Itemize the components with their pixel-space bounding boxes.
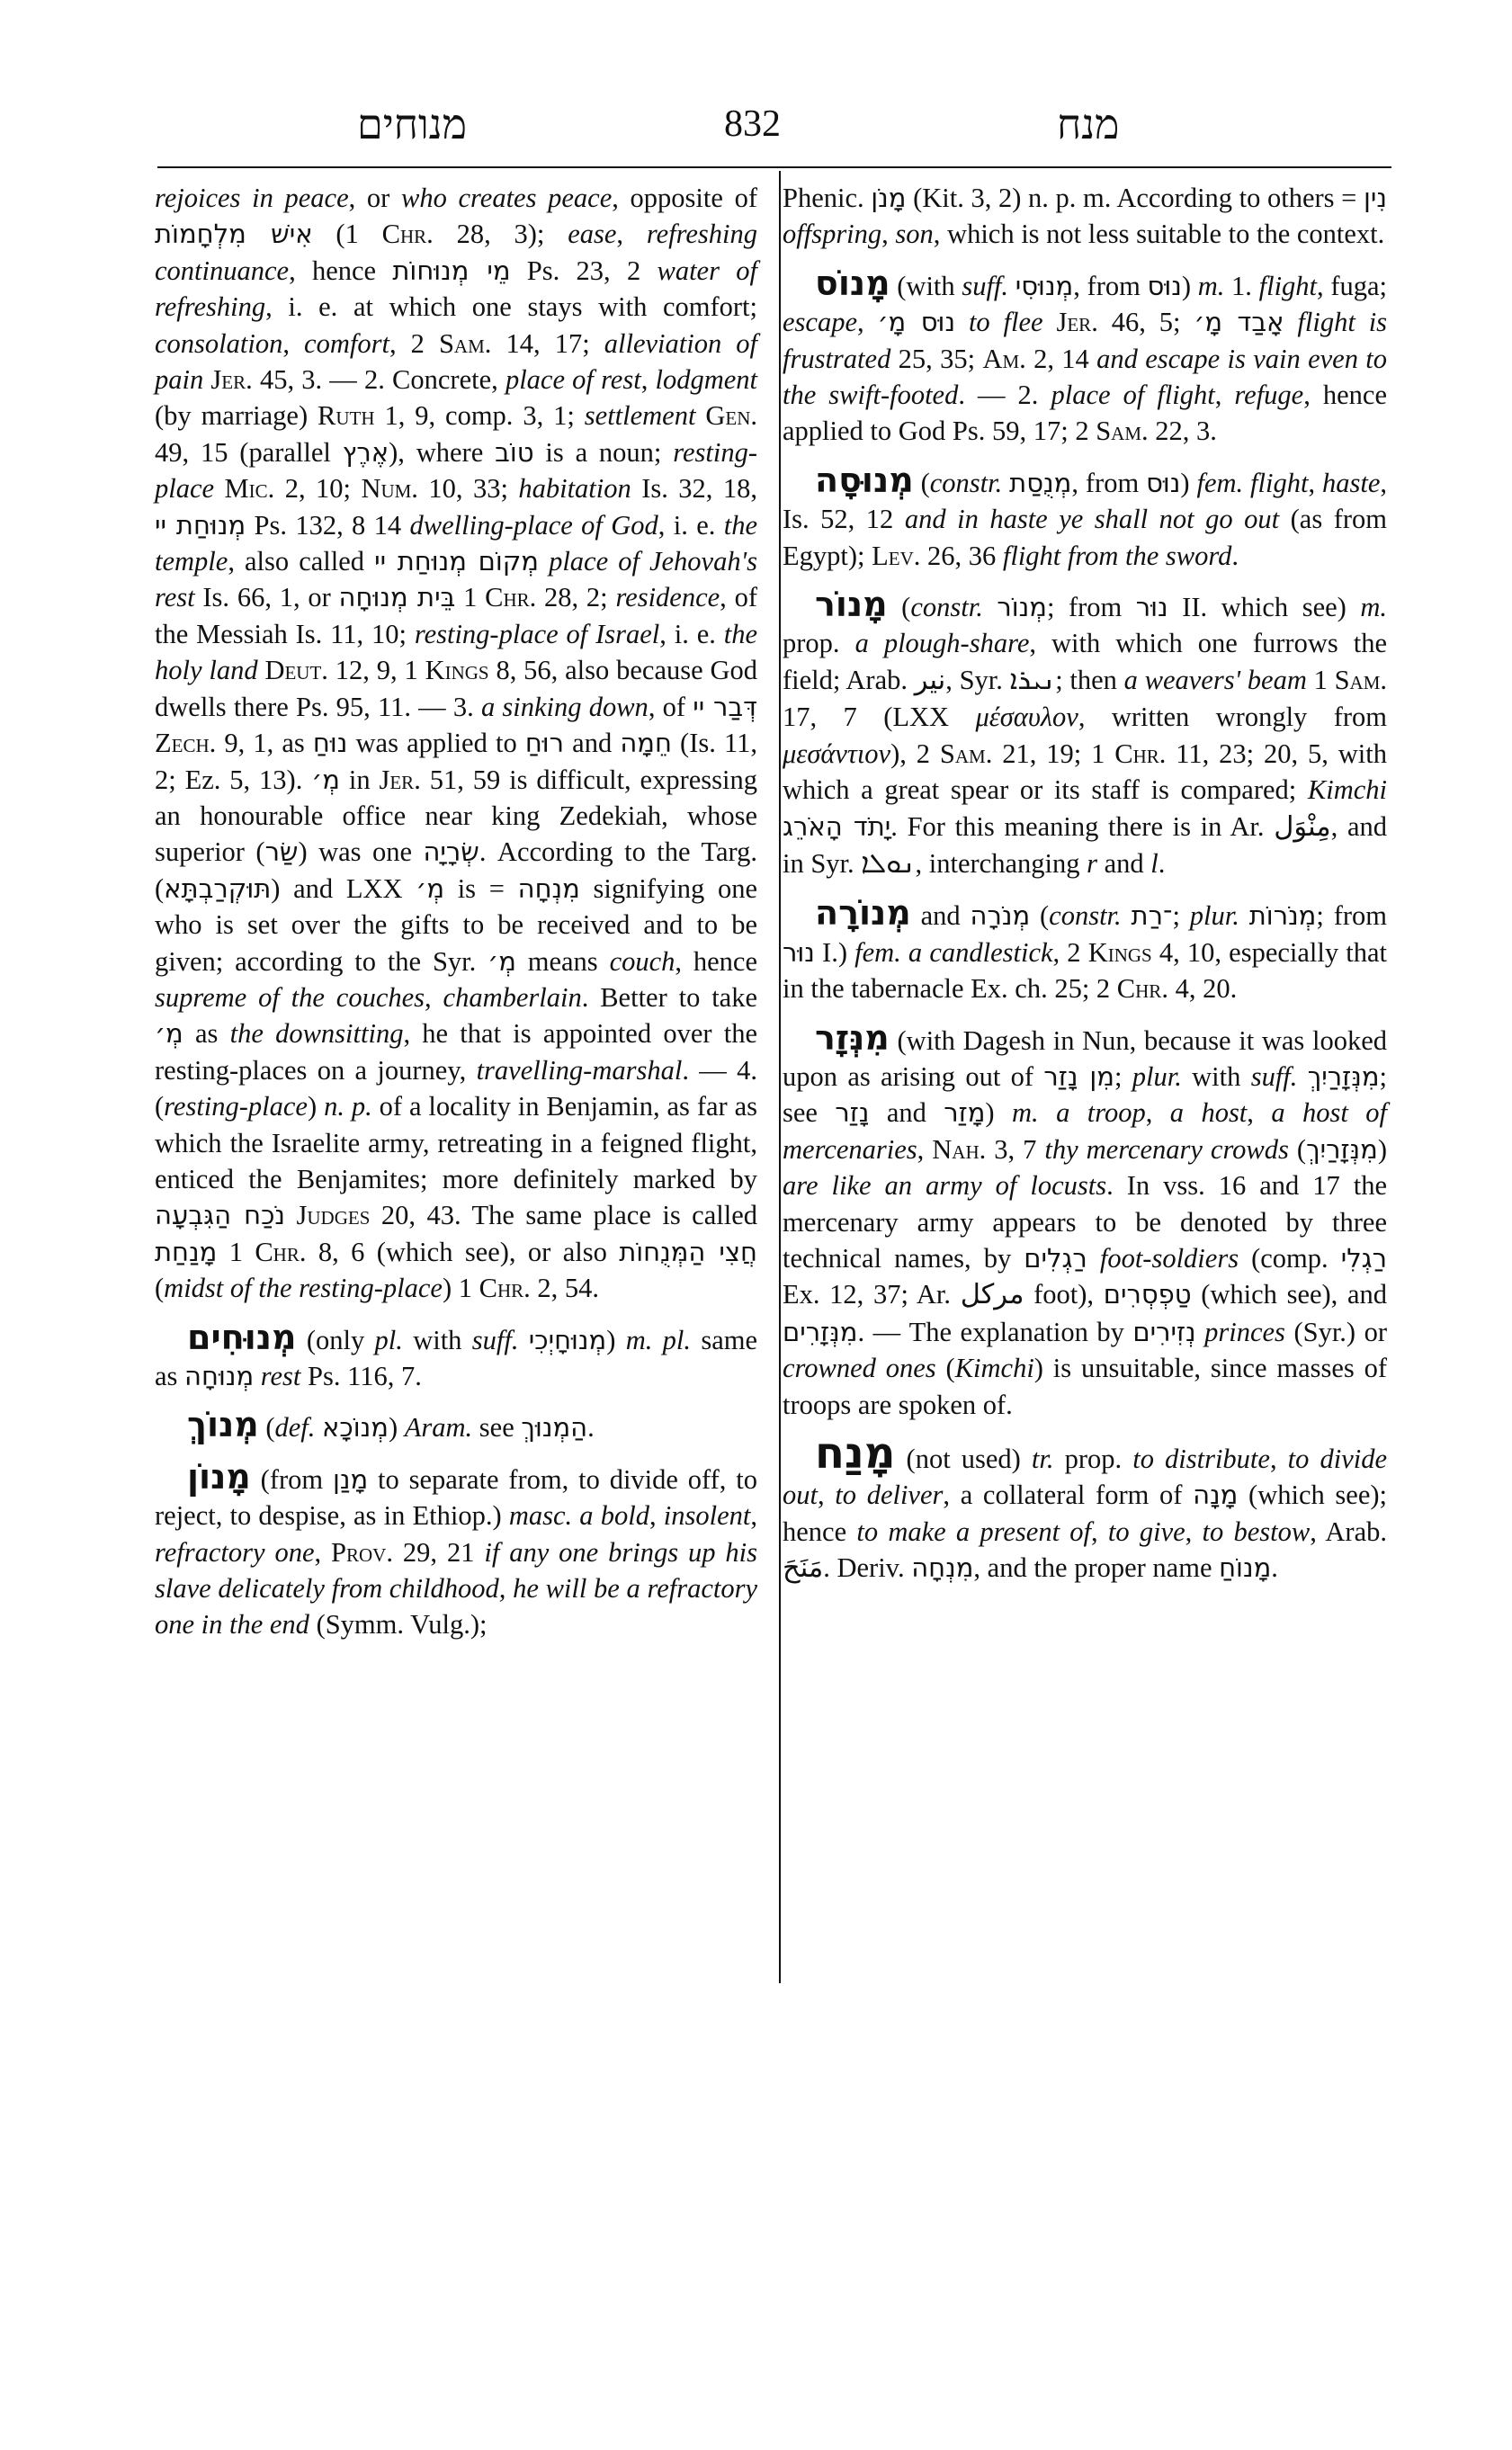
text-run: , (857, 307, 878, 337)
text-run: ), 2 (890, 738, 940, 769)
text-run: to bestow (1203, 1516, 1311, 1547)
text-run: (Symm. Vulg.); (309, 1609, 488, 1640)
text-run: Chr. (382, 219, 434, 249)
text-run: ( (1030, 900, 1049, 931)
text-run: constr. (1049, 900, 1122, 931)
text-run: 12, 9, 1 (328, 655, 425, 685)
text-run: as (183, 1018, 230, 1049)
text-run: ; from (1316, 900, 1387, 931)
text-run: haste (1322, 468, 1380, 498)
text-run: ) (308, 1091, 324, 1122)
text-run: , i. e. (659, 619, 723, 649)
text-run: residence (615, 582, 720, 612)
entry-continuation: Phenic. מָנֹן (Kit. 3, 2) n. p. m. Accor… (783, 180, 1387, 253)
text-run: , of (649, 692, 693, 722)
text-run: offspring (783, 219, 881, 249)
text-run: אֶרֶץ (343, 437, 389, 468)
text-run: pl. (375, 1325, 403, 1355)
text-run: a sinking down (481, 692, 649, 722)
text-run: מְ׳ (488, 946, 516, 977)
text-run: מְקוֹם מְנוּחַת יי (374, 546, 539, 577)
text-run (1297, 1061, 1307, 1092)
text-run: m. (1360, 592, 1387, 622)
entry-headword: מְנוֹךְ (187, 1405, 259, 1444)
text-run: 9, 1, as (216, 728, 313, 758)
text-run: ) and LXX (271, 873, 416, 904)
text-run: 1 (455, 582, 485, 612)
text-run: masc. a bold (509, 1500, 649, 1531)
text-run: , (649, 1500, 664, 1531)
text-run: מְנֻסַת (1009, 468, 1071, 498)
text-run: 14, 17; (491, 328, 604, 359)
text-run: and (869, 1097, 944, 1128)
dictionary-entry: מָנוֹן (from מָנַן to separate from, to … (155, 1459, 757, 1643)
text-run: ) (1180, 468, 1196, 498)
text-run: 1. (1224, 271, 1258, 301)
text-run: 1, 9, comp. 3, 1; (375, 400, 585, 431)
text-run: מָזַר (944, 1097, 985, 1128)
text-run: escape (783, 307, 857, 337)
text-run: (only (297, 1325, 375, 1355)
dictionary-entry: מְנוֹרָה and מְנֹרָה (constr. ־רַת; plur… (783, 895, 1387, 1006)
text-run: with (403, 1325, 472, 1355)
text-run: נִין (1364, 183, 1387, 213)
text-run: ) (1182, 271, 1198, 301)
text-run: Kimchi (955, 1353, 1034, 1383)
text-run (315, 1412, 322, 1443)
entry-headword: מָנַח (815, 1428, 895, 1479)
text-run: . For this meaning there is in Ar. (890, 811, 1274, 842)
text-run: , or (349, 183, 401, 213)
entry-headword: מָנוֹן (187, 1457, 251, 1497)
text-run: חֲצִי הַמְּנֻחוֹת (619, 1237, 757, 1267)
text-run: tr. (1032, 1444, 1054, 1474)
text-run (214, 473, 224, 504)
text-run: 2, 54. (531, 1273, 599, 1303)
text-run: מִנְחָה (518, 873, 580, 904)
text-run: Sam. (439, 328, 491, 359)
text-run: ; from (1047, 592, 1136, 622)
text-run: means (516, 946, 610, 977)
text-run: place of rest (505, 364, 641, 395)
text-run: , hence (675, 946, 757, 977)
text-run: , (315, 1537, 332, 1568)
text-run: , (1185, 1516, 1203, 1547)
text-run: מְנוּסִי (1015, 271, 1074, 301)
text-run: Gen. (705, 400, 757, 431)
text-run: to make a present of (856, 1516, 1091, 1547)
text-run: fem. a candlestick (854, 937, 1052, 968)
text-run: 4, 20. (1168, 973, 1237, 1004)
text-run: בֵּית מְנוּחָה (339, 582, 456, 612)
text-run: refuge (1234, 380, 1303, 410)
right-column: Phenic. מָנֹן (Kit. 3, 2) n. p. m. Accor… (783, 180, 1387, 1587)
text-run (518, 1325, 528, 1355)
text-run: to flee (969, 307, 1043, 337)
text-run: who creates peace (401, 183, 612, 213)
text-run: midst of the resting-place (164, 1273, 443, 1303)
text-run: constr. (910, 592, 983, 622)
text-run (1284, 307, 1298, 337)
entry-headword: מָנוֹס (815, 264, 890, 303)
text-run: ) (985, 1097, 1012, 1128)
text-run: . — The explanation by (857, 1317, 1132, 1347)
text-run: ܢܘܠܐ (861, 848, 915, 880)
text-run: רַגְלִי (1341, 1243, 1387, 1274)
text-run: , (750, 1500, 757, 1531)
text-run: lodgment (656, 364, 758, 395)
text-run: שְׂרָיָה (423, 836, 479, 867)
text-run: Jer. (210, 364, 252, 395)
text-run: comfort (304, 328, 389, 359)
text-run: מְנוּחַת יי (155, 510, 246, 541)
text-run: Sam. (940, 738, 992, 769)
text-run: Ps. 116, 7. (300, 1361, 421, 1391)
text-run: מֵי מְנוּחוֹת (392, 255, 510, 286)
text-run: settlement (585, 400, 696, 431)
text-run: 25, 35; (890, 344, 982, 374)
text-run: Judges (297, 1200, 371, 1230)
text-run: Phenic. (783, 183, 871, 213)
text-run: (Kit. 3, 2) n. p. m. According to others… (906, 183, 1364, 213)
text-run: see (472, 1412, 521, 1443)
text-run: נוּס מָ׳ (878, 307, 956, 337)
text-run: Sam. (1335, 665, 1387, 695)
text-run: ) was one (298, 836, 423, 867)
text-run: (from (251, 1464, 333, 1495)
text-run: 21, 19; 1 (992, 738, 1114, 769)
text-run: I.) (815, 937, 854, 968)
text-run: , Syr. (945, 665, 1009, 695)
text-run: 28, 2; (536, 582, 615, 612)
text-run: rejoices in peace (155, 183, 349, 213)
text-run: ( (888, 592, 911, 622)
left-column: rejoices in peace, or who creates peace,… (155, 180, 757, 1643)
text-run: מִנְּזָרִים (783, 1317, 857, 1347)
text-run: , i. e. at which one stays with comfort; (265, 291, 757, 322)
text-run: Aram. (405, 1412, 472, 1443)
text-run: מְנוּחָיְכִי (529, 1325, 606, 1355)
text-run: טוֹב (495, 437, 533, 468)
text-run: crowned ones (783, 1353, 936, 1383)
text-run: , (282, 328, 304, 359)
text-run: 8, 6 (which see), or also (306, 1237, 619, 1267)
text-run: dwelling-place of God (410, 510, 658, 541)
text-run: , interchanging (916, 848, 1087, 879)
text-run: m. a troop (1012, 1097, 1146, 1128)
text-run: ; then (1055, 665, 1123, 695)
text-run: insolent (664, 1500, 751, 1531)
text-run: ease (568, 219, 616, 249)
text-run: 45, 3. — 2. Concrete, (253, 364, 505, 395)
text-run: , (917, 1134, 933, 1165)
text-run: مركل (961, 1279, 1024, 1310)
text-run: . — 2. (958, 380, 1051, 410)
text-run (695, 400, 705, 431)
text-run (1239, 900, 1249, 931)
text-run: ; (1172, 900, 1189, 931)
text-run: נְזִירִים (1132, 1317, 1195, 1347)
text-run: מְנוֹר (997, 592, 1047, 622)
dictionary-entry: מָנוֹר (constr. מְנוֹר; from נוּר II. wh… (783, 586, 1387, 882)
text-run: a host (1170, 1097, 1248, 1128)
text-run: Chr. (1117, 973, 1168, 1004)
text-run: (not used) (895, 1444, 1031, 1474)
text-run: , (1270, 1444, 1288, 1474)
text-run: , (1215, 380, 1235, 410)
text-run (1002, 468, 1009, 498)
text-run: מְנֹרוֹת (1249, 900, 1317, 931)
text-run: מָנוֹחַ (1219, 1552, 1271, 1583)
text-run: Zech. (155, 728, 216, 758)
text-run: Ps. 23, 2 (511, 255, 658, 286)
text-run: foot-soldiers (1100, 1243, 1239, 1274)
text-run: prop. (783, 628, 855, 658)
text-run: with (1182, 1061, 1251, 1092)
text-run: (with (890, 271, 962, 301)
text-run: נוּס (1148, 271, 1182, 301)
text-run: refractory one (155, 1537, 315, 1568)
text-run (254, 1361, 261, 1391)
text-run: מְנֹרָה (971, 900, 1031, 931)
text-run: , 2 (389, 328, 439, 359)
text-run: نير (915, 665, 946, 696)
text-run: Ex. 12, 37; Ar. (783, 1279, 961, 1310)
text-run: ) 1 (443, 1273, 479, 1303)
text-run: נֹכַח הַגִּבְעָה (155, 1200, 285, 1230)
text-run: Is. 32, 18, (631, 473, 757, 504)
text-run: מִנְּזָרַיִךְ (1308, 1061, 1380, 1092)
text-run: 29, 21 (393, 1537, 484, 1568)
text-run (1043, 307, 1057, 337)
text-run: Am. (982, 344, 1025, 374)
text-run: (by marriage) (155, 400, 318, 431)
text-run: in (340, 765, 380, 795)
guide-word-right: מנח (1057, 101, 1119, 148)
text-run: fem. flight (1196, 468, 1308, 498)
text-run: מְ׳ (311, 765, 340, 795)
text-run: . Deriv. (823, 1552, 911, 1583)
text-run: נוּר (1136, 592, 1168, 622)
text-run: , from (1071, 468, 1146, 498)
text-run: and (1097, 848, 1150, 879)
text-run: travelling-marshal (477, 1055, 683, 1086)
dictionary-entry: מְנוּסָה (constr. מְנֻסַת, from נוּס) fe… (783, 462, 1387, 574)
text-run: ( (914, 468, 930, 498)
text-run: , (616, 219, 646, 249)
header-rule (157, 166, 1391, 168)
text-run: 10, 33; (418, 473, 518, 504)
text-run: Jer. (379, 765, 420, 795)
text-run (1196, 1317, 1205, 1347)
text-run: Ruth (318, 400, 375, 431)
text-run: 49, 15 (parallel (155, 437, 343, 468)
text-run: ) (389, 1412, 405, 1443)
text-run: plur. (1132, 1061, 1182, 1092)
entry-headword: מִנְּזָר (815, 1018, 890, 1058)
text-run: and (911, 900, 971, 931)
text-run: the downsitting (230, 1018, 404, 1049)
text-run: מִנְּזָרַיִךְ (1306, 1134, 1378, 1165)
text-run: (comp. (1239, 1243, 1341, 1274)
text-run: , (425, 982, 443, 1013)
text-run: מִן נָזַר (1043, 1061, 1114, 1092)
text-run: חֵמָה (620, 728, 672, 758)
text-run: 2, 10; (274, 473, 361, 504)
text-run: (1 (313, 219, 382, 249)
text-run: princes (1204, 1317, 1285, 1347)
text-run: 22, 3. (1149, 416, 1217, 446)
text-run: מְ׳ (155, 1018, 183, 1049)
text-run: , opposite of (612, 183, 757, 213)
text-run: a plough-share (855, 628, 1030, 658)
dictionary-entry: מָנַח (not used) tr. prop. to distribute… (783, 1435, 1387, 1587)
text-run: consolation (155, 328, 282, 359)
text-run: to distribute (1132, 1444, 1270, 1474)
text-run: תּוּקְרַבְתָּא (164, 873, 271, 904)
text-run: 2, 14 (1026, 344, 1096, 374)
text-run: suff. (1251, 1061, 1298, 1092)
text-run (1087, 1243, 1100, 1274)
guide-word-left: מנוחים (357, 101, 467, 148)
entry-headword: מְנוֹרָה (815, 893, 911, 933)
text-run: r (1087, 848, 1097, 879)
text-run: son (895, 219, 933, 249)
entry-headword: מְנוּסָה (815, 460, 914, 500)
text-run: אִישׁ מִלְחָמוֹת (155, 219, 313, 249)
text-run: 17, 7 (LXX (783, 702, 975, 732)
text-run: ( (155, 1273, 164, 1303)
text-run: מָנָה (1193, 1480, 1238, 1510)
text-run: def. (275, 1412, 316, 1443)
text-run: resting-place (164, 1091, 308, 1122)
text-run: chamberlain (443, 982, 582, 1013)
text-run: ( (259, 1412, 275, 1443)
text-run: prop. (1054, 1444, 1133, 1474)
text-run: Deut. (264, 655, 327, 685)
text-run: נוּר (783, 937, 815, 968)
text-run: , from (1073, 271, 1147, 301)
text-run: a weavers' beam (1124, 665, 1307, 695)
text-run: 20, 43. The same place is called (370, 1200, 757, 1230)
text-run: הַמְנוּךְ (521, 1412, 587, 1443)
text-run: 3, 7 (986, 1134, 1044, 1165)
text-run (983, 592, 998, 622)
text-run: , (881, 219, 895, 249)
text-run: נוּחַ (313, 728, 347, 758)
text-run: Chr. (255, 1237, 306, 1267)
text-run: , which is not less suitable to the cont… (934, 219, 1384, 249)
text-run: Chr. (479, 1273, 531, 1303)
text-run: thy mercenary crowds (1044, 1134, 1289, 1165)
text-run: , Arab. (1310, 1516, 1387, 1547)
text-run: נָזַר (835, 1097, 869, 1128)
text-run: Is. 66, 1, or (195, 582, 339, 612)
text-run: 1 (217, 1237, 255, 1267)
text-run: Mic. (225, 473, 275, 504)
dictionary-entry: מְנוֹךְ (def. מְנוֹכָא) Aram. see הַמְנו… (155, 1407, 757, 1445)
text-run: יָתֹד הָאֹרֵג (783, 811, 890, 842)
text-run: ; (1114, 1061, 1132, 1092)
text-run (285, 1200, 296, 1230)
text-run: Sam. (1096, 416, 1148, 446)
text-run: אָבַד מָ׳ (1194, 307, 1284, 337)
text-run: suff. (962, 271, 1008, 301)
text-run: m. pl. (626, 1325, 691, 1355)
text-run: and in haste ye shall not go out (905, 504, 1279, 534)
text-run: , hence (289, 255, 392, 286)
text-run: (which see), and (1192, 1279, 1387, 1310)
text-run: resting-place of Israel (415, 619, 659, 649)
text-run (539, 546, 549, 577)
text-run: 26, 36 (920, 541, 1003, 571)
text-run: μέσαυλον (975, 702, 1078, 732)
text-run: to give (1108, 1516, 1185, 1547)
text-run: foot), (1024, 1279, 1103, 1310)
text-run: II. which see) (1168, 592, 1361, 622)
text-run: , (818, 1480, 835, 1510)
text-run: , 2 (1053, 937, 1088, 968)
text-run: (Syr.) or (1285, 1317, 1387, 1347)
text-run: רוּחַ (525, 728, 564, 758)
entry-headword: מָנוֹר (815, 585, 888, 624)
text-run: נוּס (1146, 468, 1180, 498)
text-run: suff. (472, 1325, 519, 1355)
text-run: ־רַת (1132, 900, 1173, 931)
dictionary-entry: מִנְּזָר (with Dagesh in Nun, because it… (783, 1020, 1387, 1423)
entry-continuation: rejoices in peace, or who creates peace,… (155, 180, 757, 1307)
text-run: , i. e. (658, 510, 724, 541)
text-run: , a collateral form of (943, 1480, 1193, 1510)
text-run: مِنْوَل (1274, 811, 1330, 843)
text-run: מְנוּחָה (184, 1361, 254, 1391)
text-run: מָנַן (333, 1464, 368, 1495)
text-run (1008, 271, 1015, 301)
text-run: . Better to take (582, 982, 757, 1013)
page-number: 832 (724, 103, 781, 146)
text-run: ), where (389, 437, 495, 468)
text-run: שַׂר (265, 836, 299, 867)
text-run: Lev. (872, 541, 920, 571)
text-run: constr. (930, 468, 1003, 498)
text-run: Prov. (331, 1537, 393, 1568)
text-run: . (1159, 848, 1166, 879)
text-run: מְ׳ (416, 873, 444, 904)
text-run: n. p. (324, 1091, 372, 1122)
text-run: רַגְלִים (1024, 1243, 1087, 1274)
text-run: and (564, 728, 620, 758)
text-run: are like an army of locusts (783, 1170, 1106, 1201)
text-run: , (1146, 1097, 1170, 1128)
text-run: 28, 3); (434, 219, 568, 249)
dictionary-entry: מָנוֹס (with suff. מְנוּסִי, from נוּס) … (783, 265, 1387, 450)
text-run (955, 307, 969, 337)
text-run: , (1091, 1516, 1108, 1547)
text-run: ܢܝܪܐ (1010, 665, 1056, 696)
text-run: supreme of the couches (155, 982, 425, 1013)
text-run: ) (1378, 1134, 1387, 1165)
text-run (1122, 900, 1132, 931)
text-run: was applied to (347, 728, 524, 758)
text-run: דְּבַר יי (693, 692, 757, 722)
text-run: is a noun; (534, 437, 674, 468)
dictionary-entry: מְנוּחִים (only pl. with suff. מְנוּחָיְ… (155, 1319, 757, 1395)
text-run: l (1150, 848, 1158, 879)
text-run: plur. (1190, 900, 1239, 931)
text-run: Chr. (1114, 738, 1166, 769)
text-run: ( (1289, 1134, 1306, 1165)
text-run: مَنَحَ (783, 1552, 823, 1584)
